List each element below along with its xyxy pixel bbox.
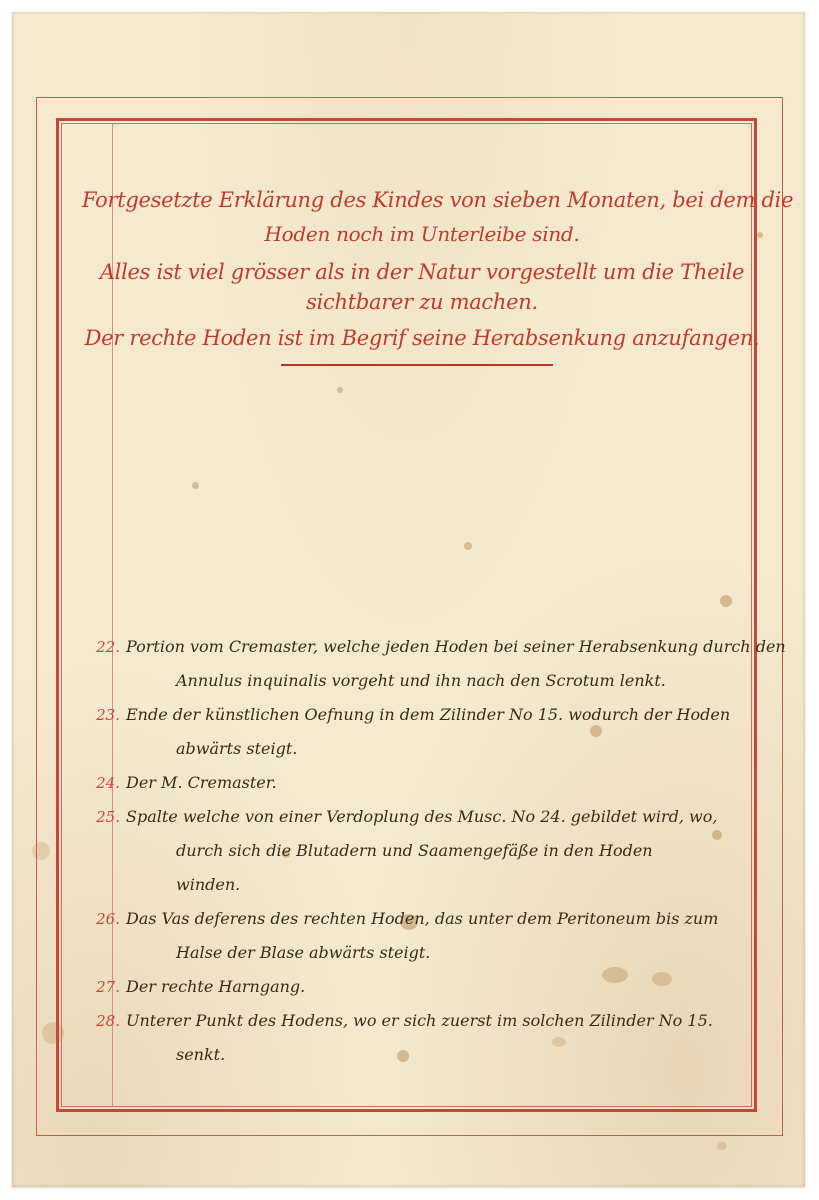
legend-entry: 26. Das Vas deferens des rechten Hoden, … [72, 902, 762, 970]
entry-text: Portion vom Cremaster, welche jeden Hode… [126, 630, 786, 698]
heading-line: Fortgesetzte Erklärung des Kindes von si… [82, 190, 762, 224]
plate-heading: Fortgesetzte Erklärung des Kindes von si… [82, 190, 762, 366]
entry-number: 24. [72, 766, 126, 800]
entry-line: Der rechte Harngang. [126, 970, 762, 1004]
entry-line: Das Vas deferens des rechten Hoden, das … [126, 902, 762, 936]
entry-text: Das Vas deferens des rechten Hoden, das … [126, 902, 762, 970]
entry-line: Portion vom Cremaster, welche jeden Hode… [126, 630, 786, 664]
entry-line: Unterer Punkt des Hodens, wo er sich zue… [126, 1004, 762, 1038]
legend-entry: 28. Unterer Punkt des Hodens, wo er sich… [72, 1004, 762, 1072]
entry-number: 26. [72, 902, 126, 970]
entry-number: 27. [72, 970, 126, 1004]
entry-line: Annulus inquinalis vorgeht und ihn nach … [126, 664, 786, 698]
entry-line: Der M. Cremaster. [126, 766, 762, 800]
heading-line: Der rechte Hoden ist im Begrif seine Her… [82, 328, 762, 358]
entry-line: Spalte welche von einer Verdoplung des M… [126, 800, 762, 834]
entry-line: winden. [126, 868, 762, 902]
legend-entry: 25. Spalte welche von einer Verdoplung d… [72, 800, 762, 902]
entry-number: 28. [72, 1004, 126, 1072]
manuscript-page: Fortgesetzte Erklärung des Kindes von si… [12, 12, 805, 1187]
entry-line: senkt. [126, 1038, 762, 1072]
legend-entry: 27. Der rechte Harngang. [72, 970, 762, 1004]
entry-text: Ende der künstlichen Oefnung in dem Zili… [126, 698, 762, 766]
heading-line: Hoden noch im Unterleibe sind. [82, 224, 762, 262]
entry-text: Der M. Cremaster. [126, 766, 762, 800]
entry-number: 25. [72, 800, 126, 902]
entry-number: 22. [72, 630, 126, 698]
entry-text: Unterer Punkt des Hodens, wo er sich zue… [126, 1004, 762, 1072]
entry-text: Spalte welche von einer Verdoplung des M… [126, 800, 762, 902]
heading-underline [281, 364, 553, 366]
entry-line: abwärts steigt. [126, 732, 762, 766]
entry-line: Halse der Blase abwärts steigt. [126, 936, 762, 970]
entry-number: 23. [72, 698, 126, 766]
entry-line: Ende der künstlichen Oefnung in dem Zili… [126, 698, 762, 732]
entry-line: durch sich die Blutadern und Saamengefäß… [126, 834, 762, 868]
heading-line: sichtbarer zu machen. [82, 292, 762, 328]
legend-list: 22. Portion vom Cremaster, welche jeden … [72, 630, 762, 1072]
heading-line: Alles ist viel grösser als in der Natur … [82, 262, 762, 292]
legend-entry: 24. Der M. Cremaster. [72, 766, 762, 800]
legend-entry: 23. Ende der künstlichen Oefnung in dem … [72, 698, 762, 766]
foxing-spot [717, 1142, 727, 1150]
entry-text: Der rechte Harngang. [126, 970, 762, 1004]
legend-entry: 22. Portion vom Cremaster, welche jeden … [72, 630, 762, 698]
